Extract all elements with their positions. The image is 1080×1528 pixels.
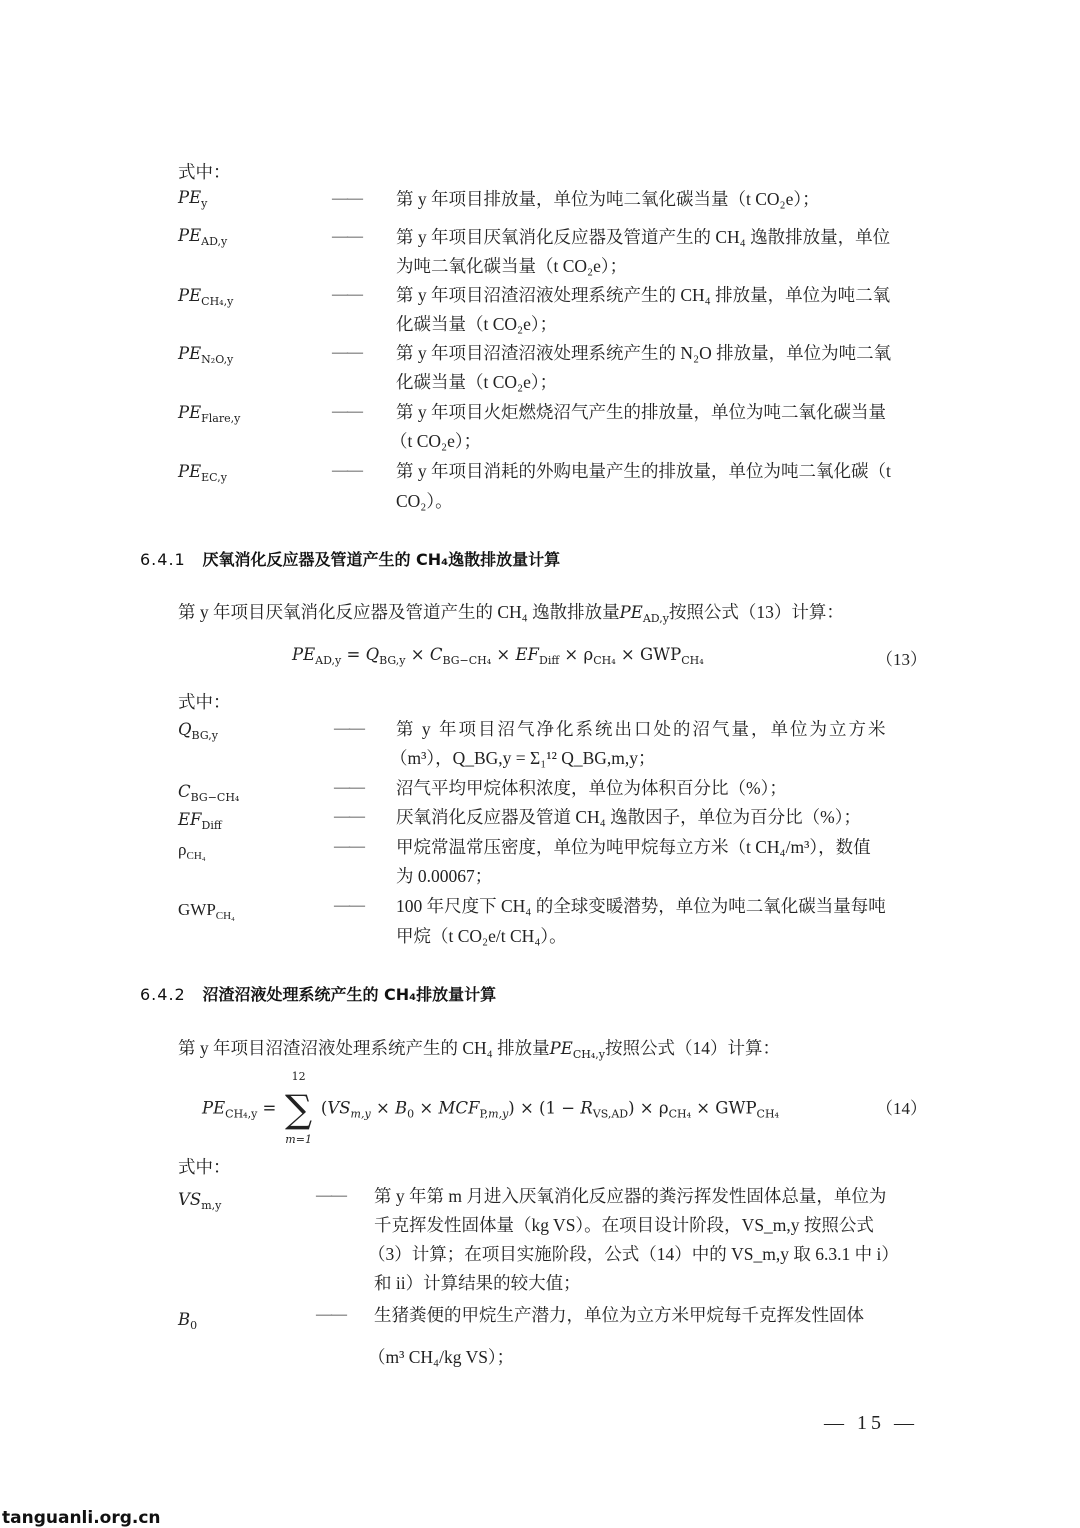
where-label: 式中：: [178, 690, 231, 714]
symbol-c-bg-ch4: CBG−CH₄: [178, 782, 239, 804]
symbol-q-bg-y: QBG,y: [178, 720, 218, 742]
definition-text: 甲烷（t CO₂e/t CH₄）。: [396, 924, 567, 948]
definition-text: 生猪粪便的甲烷生产潜力，单位为立方米甲烷每千克挥发性固体: [374, 1303, 864, 1327]
definition-dash: ——: [334, 897, 364, 915]
watermark: tanguanli.org.cn: [2, 1508, 161, 1528]
definition-dash: ——: [316, 1306, 346, 1324]
page-number: — 15 —: [824, 1412, 918, 1435]
definition-text: 化碳当量（t CO₂e）；: [396, 370, 557, 394]
definition-dash: ——: [334, 838, 364, 856]
definition-text: （m³ CH₄/kg VS）；: [368, 1345, 514, 1369]
definition-text: 甲烷常温常压密度，单位为吨甲烷每立方米（t CH₄/m³），数值: [396, 835, 871, 859]
symbol-b0: B0: [178, 1310, 197, 1332]
section-title: 厌氧消化反应器及管道产生的 CH₄逸散排放量计算: [202, 550, 560, 569]
definition-text: 沼气平均甲烷体积浓度，单位为体积百分比（%）；: [396, 776, 787, 800]
definition-text: 第 y 年项目火炬燃烧沼气产生的排放量，单位为吨二氧化碳当量: [396, 400, 886, 424]
section-title: 沼渣沼液处理系统产生的 CH₄排放量计算: [202, 985, 496, 1004]
definition-dash: ——: [334, 720, 364, 738]
where-label: 式中：: [178, 1155, 231, 1179]
section-number: 6.4.1: [140, 550, 186, 569]
definition-text: 第 y 年项目厌氧消化反应器及管道产生的 CH₄ 逸散排放量，单位: [396, 225, 890, 249]
definition-dash: ——: [334, 779, 364, 797]
definition-text: 第 y 年第 m 月进入厌氧消化反应器的粪污挥发性固体总量，单位为: [374, 1184, 886, 1208]
equation-number-14: （14）: [876, 1094, 927, 1119]
definition-dash: ——: [332, 344, 362, 362]
definition-text: 第 y 年项目排放量，单位为吨二氧化碳当量（t CO₂e）；: [396, 187, 820, 211]
section-intro: 第 y 年项目沼渣沼液处理系统产生的 CH₄ 排放量PECH₄,y按照公式（14…: [178, 1036, 780, 1067]
section-heading-6-4-1: 6.4.1 厌氧消化反应器及管道产生的 CH₄逸散排放量计算: [140, 547, 560, 570]
definition-text: 第 y 年项目消耗的外购电量产生的排放量，单位为吨二氧化碳（t: [396, 459, 891, 483]
definition-dash: ——: [332, 403, 362, 421]
symbol-vs-m-y: VSm,y: [178, 1190, 221, 1212]
where-label: 式中：: [178, 160, 231, 184]
definition-dash: ——: [332, 228, 362, 246]
summation-sign: 12 ∑ m=1: [282, 1090, 316, 1128]
symbol-ef-diff: EFDiff: [178, 810, 222, 832]
symbol-pe-ec-y: PEEC,y: [178, 462, 227, 484]
section-heading-6-4-2: 6.4.2 沼渣沼液处理系统产生的 CH₄排放量计算: [140, 982, 496, 1005]
definition-dash: ——: [332, 190, 362, 208]
symbol-pe-ch4-y: PECH₄,y: [178, 286, 233, 308]
symbol-pe-ad-y: PEAD,y: [178, 226, 227, 248]
definition-dash: ——: [332, 286, 362, 304]
formula-13: PEAD,y = QBG,y × CBG−CH₄ × EFDiff × ρCH₄…: [292, 645, 704, 667]
definition-text: （m³），Q_BG,y = Σ₁¹² Q_BG,m,y；: [390, 746, 656, 770]
definition-text: 为 0.00067；: [396, 864, 492, 888]
symbol-pe-n2o-y: PEN₂O,y: [178, 344, 233, 366]
definition-text: 厌氧消化反应器及管道 CH₄ 逸散因子，单位为百分比（%）；: [396, 805, 861, 829]
equation-number-13: （13）: [876, 645, 927, 670]
definition-text: 100 年尺度下 CH₄ 的全球变暖潜势，单位为吨二氧化碳当量每吨: [396, 894, 886, 918]
symbol-pe-flare-y: PEFlare,y: [178, 403, 240, 425]
definition-text: 和 ii）计算结果的较大值；: [374, 1271, 581, 1295]
symbol-gwp-ch4: GWPCH₄: [178, 900, 235, 922]
definition-dash: ——: [332, 462, 362, 480]
definition-text: CO₂）。: [396, 489, 453, 513]
definition-dash: ——: [316, 1187, 346, 1205]
definition-text: 第 y 年项目沼渣沼液处理系统产生的 CH₄ 排放量，单位为吨二氧: [396, 283, 890, 307]
section-intro: 第 y 年项目厌氧消化反应器及管道产生的 CH₄ 逸散排放量PEAD,y按照公式…: [178, 600, 844, 631]
formula-14: PECH₄,y = 12 ∑ m=1 (VSm,y × B0 × MCFP,m,…: [202, 1090, 779, 1128]
definition-dash: ——: [334, 808, 364, 826]
symbol-pe-y: PEy: [178, 188, 207, 210]
definition-text: （3）计算；在项目实施阶段，公式（14）中的 VS_m,y 取 6.3.1 中 …: [368, 1242, 899, 1266]
definition-text: 千克挥发性固体量（kg VS）。在项目设计阶段，VS_m,y 按照公式: [374, 1213, 874, 1237]
section-number: 6.4.2: [140, 985, 186, 1004]
symbol-rho-ch4: ρCH₄: [178, 840, 206, 862]
definition-text: 第 y 年项目沼气净化系统出口处的沼气量，单位为立方米: [396, 717, 888, 741]
definition-text: （t CO₂e）；: [390, 429, 481, 453]
definition-text: 第 y 年项目沼渣沼液处理系统产生的 N₂O 排放量，单位为吨二氧: [396, 341, 891, 365]
definition-text: 为吨二氧化碳当量（t CO₂e）；: [396, 254, 627, 278]
definition-text: 化碳当量（t CO₂e）；: [396, 312, 557, 336]
